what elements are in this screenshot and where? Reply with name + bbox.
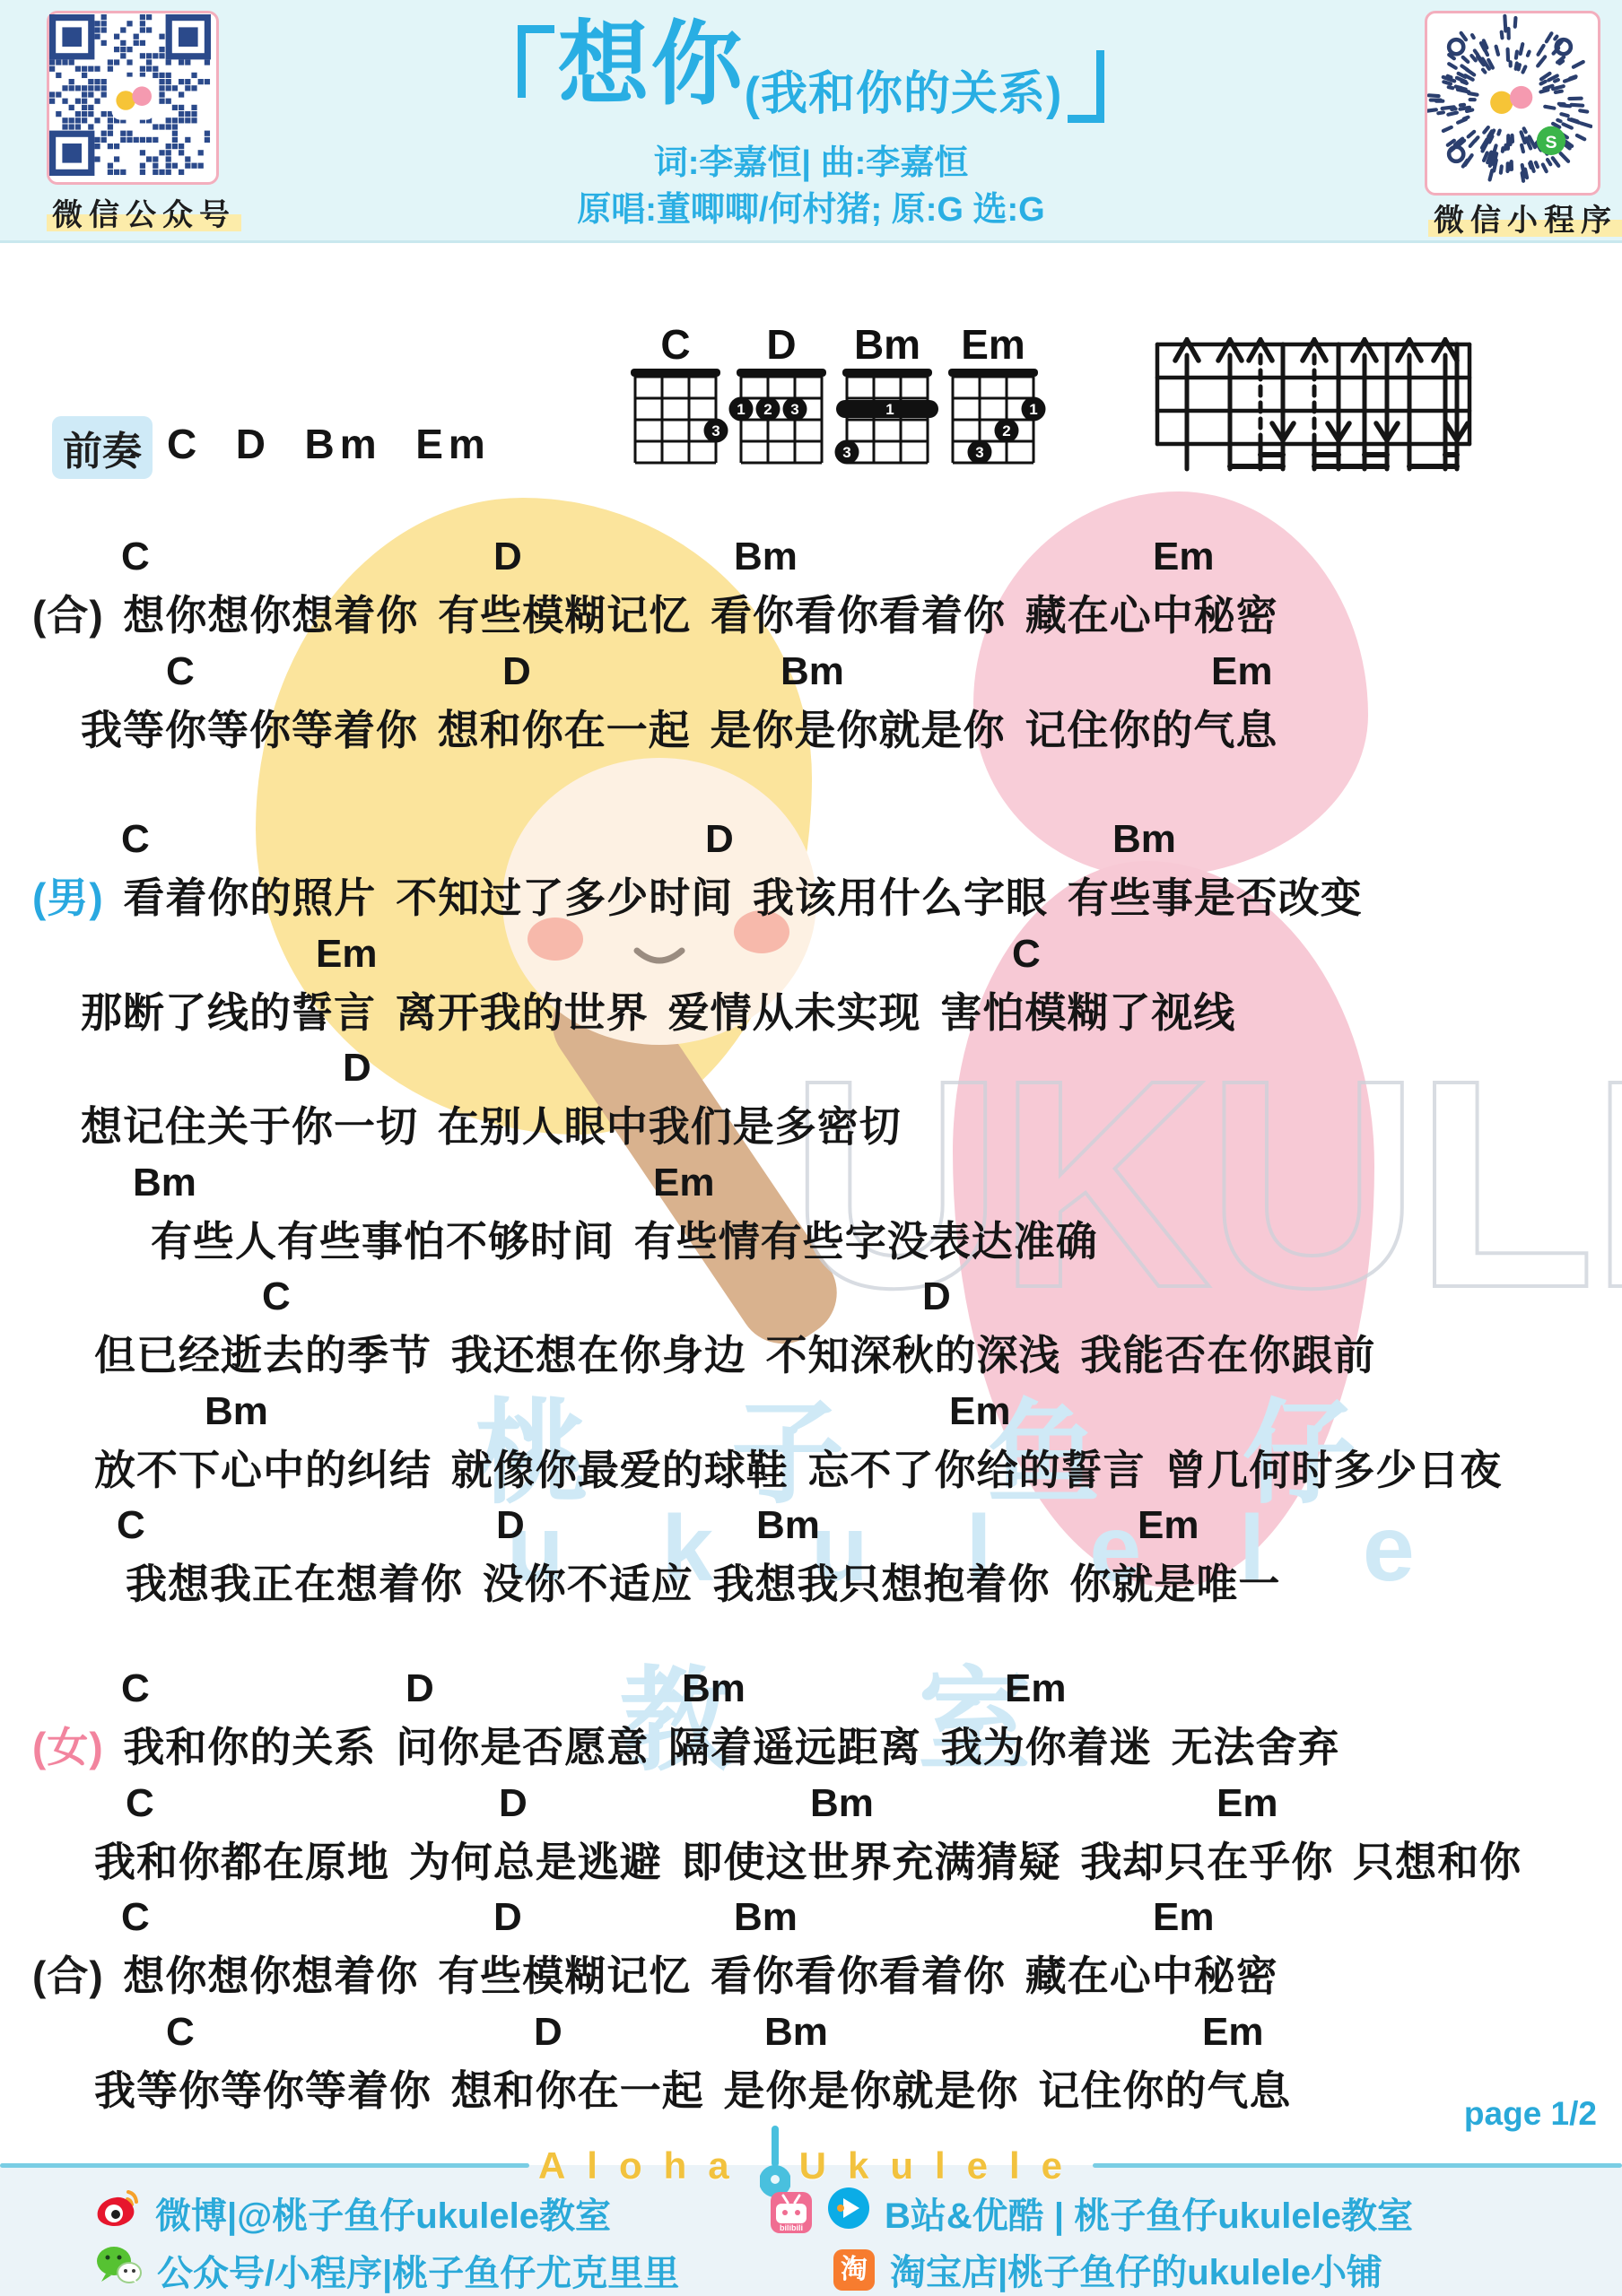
title-main: 想你 <box>558 18 745 111</box>
svg-text:D: D <box>766 323 796 368</box>
chord-label: D <box>705 817 734 862</box>
svg-text:Bm: Bm <box>854 323 920 368</box>
part-marker: (合) <box>32 592 123 639</box>
chord-label: Bm <box>205 1389 268 1434</box>
chord-label: D <box>496 1503 525 1548</box>
chord-label: Em <box>949 1389 1010 1434</box>
chord-label: Em <box>316 932 377 977</box>
chord-label: Bm <box>1112 817 1176 862</box>
lyric-line: CDBmEm我和你都在原地 为何总是逃避 即使这世界充满猜疑 我却只在乎你 只想… <box>0 1781 1622 1889</box>
svg-text:1: 1 <box>885 401 894 418</box>
chord-label: D <box>493 1895 522 1940</box>
chord-label: C <box>262 1274 291 1319</box>
intro-row: 前奏 C D Bm Em <box>52 416 153 470</box>
chord-label: C <box>121 1666 150 1711</box>
header: 微信公众号 S 微信小程序 想你 (我和你的关系) 词:李嘉恒| 曲:李嘉恒 原… <box>0 0 1622 243</box>
youku-icon <box>827 2187 870 2239</box>
lyric-line: CDBmEm(女) 我和你的关系 问你是否愿意 隔着遥远距离 我为你着迷 无法舍… <box>0 1666 1622 1774</box>
part-marker: (女) <box>32 1724 123 1770</box>
original-singer-line: 原唱:董唧唧/何村猪; 原:G 选:G <box>0 181 1622 230</box>
chord-label: D <box>922 1274 951 1319</box>
weibo-link-text: 微博|@桃子鱼仔ukulele教室 <box>155 2187 611 2239</box>
wechat-icon <box>94 2244 143 2296</box>
chord-label: C <box>117 1503 145 1548</box>
divider-line-right <box>1093 2163 1622 2168</box>
chord-label: C <box>121 1895 150 1940</box>
bilibili-youku-link-text: B站&优酷 | 桃子鱼仔ukulele教室 <box>885 2187 1413 2239</box>
weibo-link: 微博|@桃子鱼仔ukulele教室 <box>94 2187 611 2239</box>
part-marker: (男) <box>32 874 123 921</box>
chord-label: Em <box>1153 1895 1214 1940</box>
bilibili-icon: bilibili <box>770 2191 813 2234</box>
chord-diagram-Em: Em123 <box>940 323 1046 470</box>
taobao-icon: 淘 <box>833 2248 876 2292</box>
svg-text:3: 3 <box>842 444 850 461</box>
ukulele-word: Ukulele <box>799 2144 1084 2187</box>
chord-label: Bm <box>133 1161 196 1205</box>
credits-line: 词:李嘉恒| 曲:李嘉恒 <box>0 135 1622 184</box>
svg-text:3: 3 <box>975 444 983 461</box>
lyric-text: 想你想你想着你 有些模糊记忆 看你看你看着你 藏在心中秘密 <box>123 1952 1278 1999</box>
lyric-text-row: 我想我正在想着你 没你不适应 我想我只想抱着你 你就是唯一 <box>126 1552 1280 1611</box>
lyric-line: CDBmEm我等你等你等着你 想和你在一起 是你是你就是你 记住你的气息 <box>0 2010 1622 2118</box>
chord-label: Em <box>1211 649 1272 694</box>
lyric-text: 有些人有些事怕不够时间 有些情有些字没表达准确 <box>151 1218 1098 1265</box>
strumming-pattern-diagram <box>1152 337 1477 478</box>
chord-label: Em <box>653 1161 714 1205</box>
lyric-line: CD但已经逝去的季节 我还想在你身边 不知深秋的深浅 我能否在你跟前 <box>0 1274 1622 1382</box>
weibo-icon <box>94 2187 141 2239</box>
chord-label: Bm <box>764 2010 828 2055</box>
lyric-text-row: (女) 我和你的关系 问你是否愿意 隔着遥远距离 我为你着迷 无法舍弃 <box>32 1715 1340 1774</box>
lyric-text-row: 有些人有些事怕不够时间 有些情有些字没表达准确 <box>151 1209 1098 1268</box>
chord-label: Bm <box>780 649 844 694</box>
chord-label: C <box>126 1781 154 1826</box>
song-sheet-page: UKULELE 桃 子 鱼 仔 u k u l e l e 教 室 C3D123… <box>0 0 1622 2296</box>
chord-diagram-Bm: Bm13 <box>834 323 940 470</box>
intro-chords: C D Bm Em <box>167 420 491 468</box>
chord-label: C <box>1012 932 1041 977</box>
svg-text:1: 1 <box>737 401 745 418</box>
lyric-text: 但已经逝去的季节 我还想在你身边 不知深秋的深浅 我能否在你跟前 <box>94 1332 1375 1378</box>
chord-label: D <box>343 1046 371 1091</box>
svg-text:Em: Em <box>961 323 1025 368</box>
part-marker: (合) <box>32 1952 123 1999</box>
chord-label: D <box>502 649 531 694</box>
lyric-line: CDBmEm(合) 想你想你想着你 有些模糊记忆 看你看你看着你 藏在心中秘密 <box>0 535 1622 642</box>
svg-text:2: 2 <box>1002 422 1010 439</box>
svg-text:2: 2 <box>763 401 772 418</box>
svg-text:C: C <box>660 323 690 368</box>
lyric-line: BmEm有些人有些事怕不够时间 有些情有些字没表达准确 <box>0 1161 1622 1268</box>
lyric-text: 我等你等你等着你 想和你在一起 是你是你就是你 记住你的气息 <box>81 707 1278 753</box>
chord-diagram-D: D123 <box>728 323 834 470</box>
chord-label: C <box>166 2010 195 2055</box>
chord-diagram-C: C3 <box>623 323 728 470</box>
chord-label: Em <box>1005 1666 1066 1711</box>
chord-label: C <box>121 535 150 579</box>
sheet-content: C3D123Bm13Em123 <box>0 0 1622 2296</box>
lyric-text-row: (男) 看着你的照片 不知过了多少时间 我该用什么字眼 有些事是否改变 <box>32 865 1363 925</box>
chord-label: Bm <box>810 1781 874 1826</box>
chord-label: D <box>499 1781 528 1826</box>
chord-label: Em <box>1153 535 1214 579</box>
lyric-text: 看着你的照片 不知过了多少时间 我该用什么字眼 有些事是否改变 <box>123 874 1362 921</box>
lyric-text-row: 但已经逝去的季节 我还想在你身边 不知深秋的深浅 我能否在你跟前 <box>94 1323 1375 1382</box>
taobao-link-text: 淘宝店|桃子鱼仔的ukulele小铺 <box>890 2244 1382 2295</box>
chord-label: Bm <box>682 1666 746 1711</box>
song-title: 想你 (我和你的关系) <box>0 18 1622 123</box>
lyric-text: 我和你都在原地 为何总是逃避 即使这世界充满猜疑 我却只在乎你 只想和你 <box>94 1839 1522 1885</box>
chord-label: D <box>405 1666 434 1711</box>
lyric-line: CDBm(男) 看着你的照片 不知过了多少时间 我该用什么字眼 有些事是否改变 <box>0 817 1622 925</box>
wechat-link-text: 公众号/小程序|桃子鱼仔尤克里里 <box>157 2245 679 2296</box>
chord-label: Bm <box>734 1895 798 1940</box>
svg-text:bilibili: bilibili <box>780 2223 803 2232</box>
svg-text:3: 3 <box>790 401 798 418</box>
chord-label: Em <box>1216 1781 1278 1826</box>
taobao-link: 淘 淘宝店|桃子鱼仔的ukulele小铺 <box>833 2244 1382 2295</box>
lyric-text: 那断了线的誓言 离开我的世界 爱情从未实现 害怕模糊了视线 <box>81 989 1235 1036</box>
title-bracket-open <box>518 25 554 98</box>
lyric-line: EmC那断了线的誓言 离开我的世界 爱情从未实现 害怕模糊了视线 <box>0 932 1622 1039</box>
lyric-text-row: 那断了线的誓言 离开我的世界 爱情从未实现 害怕模糊了视线 <box>81 980 1235 1039</box>
chord-label: Em <box>1138 1503 1199 1548</box>
aloha-word: Aloha <box>538 2144 751 2187</box>
wechat-link: 公众号/小程序|桃子鱼仔尤克里里 <box>94 2244 679 2296</box>
lyric-text: 我想我正在想着你 没你不适应 我想我只想抱着你 你就是唯一 <box>126 1561 1280 1607</box>
lyric-text-row: 我和你都在原地 为何总是逃避 即使这世界充满猜疑 我却只在乎你 只想和你 <box>94 1830 1522 1889</box>
chord-diagram-row: C3D123Bm13Em123 <box>623 323 1046 470</box>
chord-label: Em <box>1202 2010 1263 2055</box>
lyric-line: CDBmEm(合) 想你想你想着你 有些模糊记忆 看你看你看着你 藏在心中秘密 <box>0 1895 1622 2003</box>
lyric-line: D想记住关于你一切 在别人眼中我们是多密切 <box>0 1046 1622 1153</box>
lyric-text-row: 我等你等你等着你 想和你在一起 是你是你就是你 记住你的气息 <box>94 2058 1291 2118</box>
lyric-text-row: 我等你等你等着你 想和你在一起 是你是你就是你 记住你的气息 <box>81 698 1278 757</box>
lyric-text-row: 想记住关于你一切 在别人眼中我们是多密切 <box>81 1094 902 1153</box>
lyric-line: BmEm放不下心中的纠结 就像你最爱的球鞋 忘不了你给的誓言 曾几何时多少日夜 <box>0 1389 1622 1497</box>
divider-line-left <box>0 2163 529 2168</box>
chord-label: Bm <box>756 1503 820 1548</box>
chord-label: Bm <box>734 535 798 579</box>
title-bracket-close <box>1068 50 1104 123</box>
lyric-line: CDBmEm我想我正在想着你 没你不适应 我想我只想抱着你 你就是唯一 <box>0 1503 1622 1611</box>
lyric-text-row: 放不下心中的纠结 就像你最爱的球鞋 忘不了你给的誓言 曾几何时多少日夜 <box>94 1438 1502 1497</box>
lyric-text: 想记住关于你一切 在别人眼中我们是多密切 <box>81 1103 902 1150</box>
intro-label: 前奏 <box>52 416 153 479</box>
svg-text:1: 1 <box>1029 401 1037 418</box>
lyric-text: 我和你的关系 问你是否愿意 隔着遥远距离 我为你着迷 无法舍弃 <box>123 1724 1339 1770</box>
lyric-text: 想你想你想着你 有些模糊记忆 看你看你看着你 藏在心中秘密 <box>123 592 1278 639</box>
svg-text:3: 3 <box>711 422 719 439</box>
chord-label: D <box>534 2010 562 2055</box>
bilibili-youku-link: bilibili B站&优酷 | 桃子鱼仔ukulele教室 <box>770 2187 1413 2239</box>
lyric-text-row: (合) 想你想你想着你 有些模糊记忆 看你看你看着你 藏在心中秘密 <box>32 1944 1278 2003</box>
chord-label: C <box>121 817 150 862</box>
lyric-text-row: (合) 想你想你想着你 有些模糊记忆 看你看你看着你 藏在心中秘密 <box>32 583 1278 642</box>
lyric-text: 我等你等你等着你 想和你在一起 是你是你就是你 记住你的气息 <box>94 2067 1291 2114</box>
lyric-line: CDBmEm我等你等你等着你 想和你在一起 是你是你就是你 记住你的气息 <box>0 649 1622 757</box>
title-suffix: (我和你的关系) <box>745 56 1063 123</box>
chord-label: D <box>493 535 522 579</box>
chord-label: C <box>166 649 195 694</box>
lyric-text: 放不下心中的纠结 就像你最爱的球鞋 忘不了你给的誓言 曾几何时多少日夜 <box>94 1447 1502 1493</box>
